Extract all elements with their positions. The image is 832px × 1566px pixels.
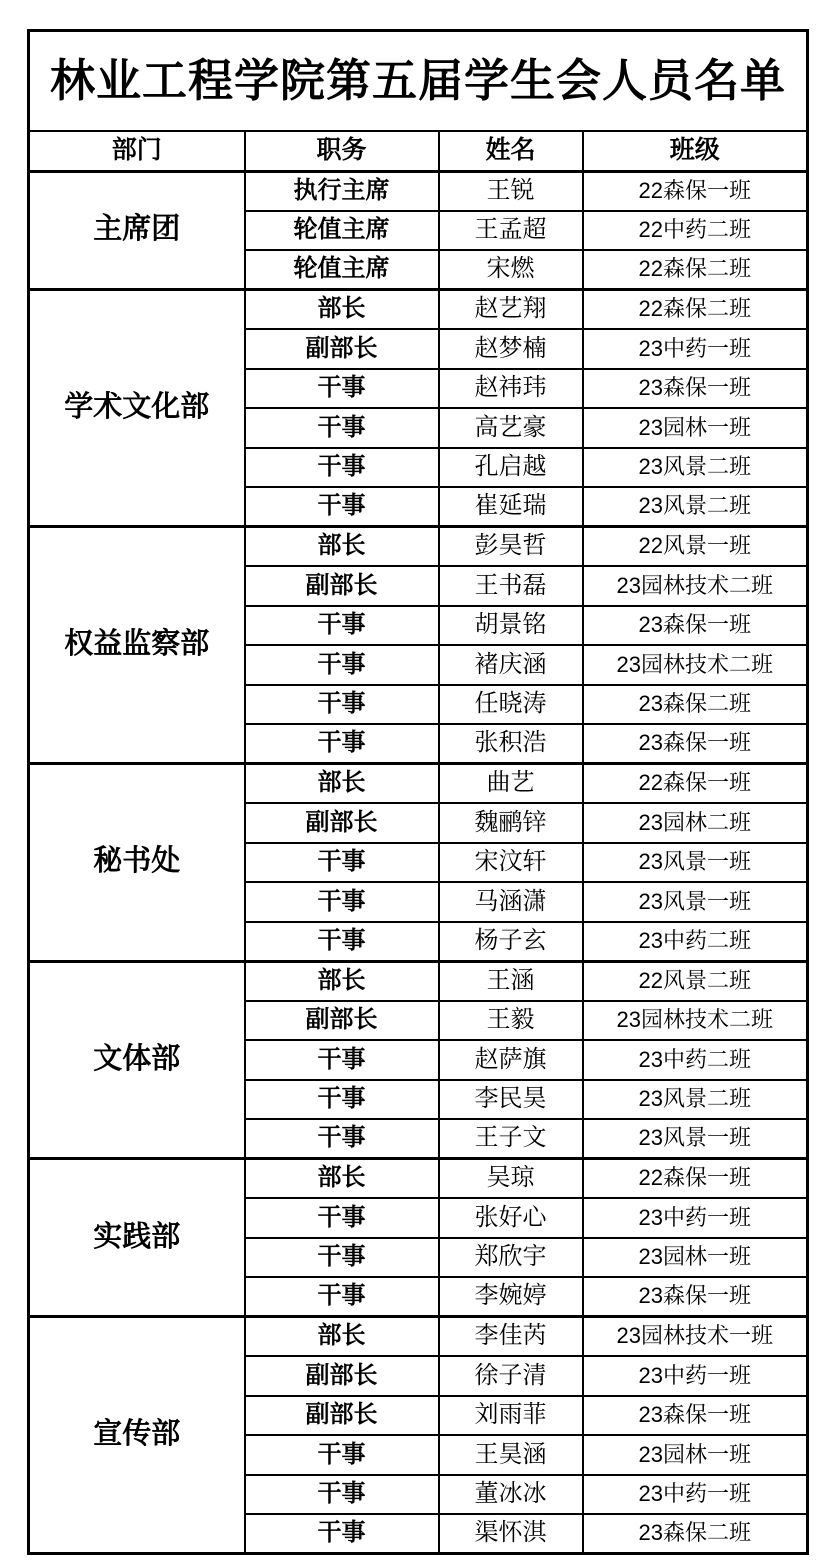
position-cell: 轮值主席	[245, 250, 439, 290]
column-header-row: 部门 职务 姓名 班级	[29, 131, 808, 171]
class-cell: 23森保一班	[583, 1277, 808, 1317]
class-cell: 23中药一班	[583, 1356, 808, 1396]
department-cell: 权益监察部	[29, 527, 245, 764]
position-cell: 部长	[245, 1317, 439, 1357]
class-cell: 22中药二班	[583, 211, 808, 251]
table-body: 主席团执行主席王锐22森保一班轮值主席王孟超22中药二班轮值主席宋燃22森保二班…	[29, 171, 808, 1554]
name-cell: 杨子玄	[439, 922, 583, 962]
name-cell: 褚庆涵	[439, 645, 583, 685]
name-cell: 郑欣宇	[439, 1238, 583, 1278]
class-cell: 23风景二班	[583, 1080, 808, 1120]
class-cell: 23中药一班	[583, 329, 808, 369]
position-cell: 干事	[245, 1435, 439, 1475]
name-cell: 孔启越	[439, 448, 583, 488]
department-cell: 主席团	[29, 171, 245, 290]
name-cell: 宋汶轩	[439, 843, 583, 883]
class-cell: 23园林一班	[583, 1435, 808, 1475]
position-cell: 干事	[245, 645, 439, 685]
position-cell: 部长	[245, 1159, 439, 1199]
position-cell: 干事	[245, 1277, 439, 1317]
class-cell: 23森保一班	[583, 369, 808, 409]
class-cell: 23中药二班	[583, 922, 808, 962]
column-header-class: 班级	[583, 131, 808, 171]
class-cell: 23风景二班	[583, 448, 808, 488]
position-cell: 干事	[245, 1514, 439, 1554]
position-cell: 部长	[245, 527, 439, 567]
name-cell: 赵梦楠	[439, 329, 583, 369]
name-cell: 张好心	[439, 1198, 583, 1238]
name-cell: 魏鹂锌	[439, 803, 583, 843]
member-row: 实践部部长吴琼22森保一班	[29, 1159, 808, 1199]
class-cell: 23园林技术二班	[583, 1001, 808, 1041]
name-cell: 王涵	[439, 961, 583, 1001]
name-cell: 吴琼	[439, 1159, 583, 1199]
position-cell: 干事	[245, 369, 439, 409]
class-cell: 22森保一班	[583, 1159, 808, 1199]
position-cell: 执行主席	[245, 171, 439, 211]
department-cell: 实践部	[29, 1159, 245, 1317]
name-cell: 马涵潇	[439, 882, 583, 922]
student-union-roster-table: 林业工程学院第五届学生会人员名单 部门 职务 姓名 班级 主席团执行主席王锐22…	[27, 29, 809, 1555]
class-cell: 23森保一班	[583, 1396, 808, 1436]
name-cell: 刘雨菲	[439, 1396, 583, 1436]
class-cell: 23森保一班	[583, 724, 808, 764]
class-cell: 23森保二班	[583, 685, 808, 725]
class-cell: 22风景一班	[583, 527, 808, 567]
name-cell: 高艺豪	[439, 408, 583, 448]
member-row: 主席团执行主席王锐22森保一班	[29, 171, 808, 211]
position-cell: 干事	[245, 1198, 439, 1238]
name-cell: 王孟超	[439, 211, 583, 251]
position-cell: 干事	[245, 685, 439, 725]
class-cell: 23风景一班	[583, 882, 808, 922]
column-header-department: 部门	[29, 131, 245, 171]
position-cell: 干事	[245, 1238, 439, 1278]
class-cell: 23森保一班	[583, 606, 808, 646]
position-cell: 干事	[245, 448, 439, 488]
position-cell: 副部长	[245, 1396, 439, 1436]
class-cell: 23园林二班	[583, 803, 808, 843]
member-row: 权益监察部部长彭昊哲22风景一班	[29, 527, 808, 567]
class-cell: 23中药一班	[583, 1475, 808, 1515]
class-cell: 23风景一班	[583, 843, 808, 883]
position-cell: 干事	[245, 1475, 439, 1515]
name-cell: 赵祎玮	[439, 369, 583, 409]
name-cell: 曲艺	[439, 764, 583, 804]
position-cell: 部长	[245, 961, 439, 1001]
position-cell: 副部长	[245, 1001, 439, 1041]
position-cell: 干事	[245, 1040, 439, 1080]
position-cell: 轮值主席	[245, 211, 439, 251]
department-cell: 学术文化部	[29, 290, 245, 527]
position-cell: 副部长	[245, 566, 439, 606]
position-cell: 部长	[245, 290, 439, 330]
document-page: 林业工程学院第五届学生会人员名单 部门 职务 姓名 班级 主席团执行主席王锐22…	[0, 0, 832, 1566]
position-cell: 副部长	[245, 329, 439, 369]
position-cell: 副部长	[245, 803, 439, 843]
class-cell: 23园林一班	[583, 408, 808, 448]
column-header-position: 职务	[245, 131, 439, 171]
class-cell: 23园林技术二班	[583, 566, 808, 606]
member-row: 宣传部部长李佳芮23园林技术一班	[29, 1317, 808, 1357]
title-row: 林业工程学院第五届学生会人员名单	[29, 31, 808, 132]
name-cell: 王毅	[439, 1001, 583, 1041]
position-cell: 干事	[245, 606, 439, 646]
class-cell: 22森保二班	[583, 290, 808, 330]
class-cell: 23风景一班	[583, 1119, 808, 1159]
class-cell: 23园林技术二班	[583, 645, 808, 685]
position-cell: 干事	[245, 408, 439, 448]
class-cell: 23森保二班	[583, 1514, 808, 1554]
department-cell: 宣传部	[29, 1317, 245, 1554]
name-cell: 赵艺翔	[439, 290, 583, 330]
column-header-name: 姓名	[439, 131, 583, 171]
name-cell: 王锐	[439, 171, 583, 211]
name-cell: 赵萨旗	[439, 1040, 583, 1080]
position-cell: 部长	[245, 764, 439, 804]
position-cell: 干事	[245, 882, 439, 922]
name-cell: 彭昊哲	[439, 527, 583, 567]
name-cell: 任晓涛	[439, 685, 583, 725]
class-cell: 22森保一班	[583, 764, 808, 804]
class-cell: 23中药二班	[583, 1040, 808, 1080]
name-cell: 张积浩	[439, 724, 583, 764]
department-cell: 文体部	[29, 961, 245, 1159]
member-row: 学术文化部部长赵艺翔22森保二班	[29, 290, 808, 330]
position-cell: 干事	[245, 1080, 439, 1120]
class-cell: 22风景二班	[583, 961, 808, 1001]
class-cell: 22森保一班	[583, 171, 808, 211]
name-cell: 徐子清	[439, 1356, 583, 1396]
position-cell: 干事	[245, 1119, 439, 1159]
class-cell: 23中药一班	[583, 1198, 808, 1238]
class-cell: 23园林一班	[583, 1238, 808, 1278]
name-cell: 李婉婷	[439, 1277, 583, 1317]
position-cell: 副部长	[245, 1356, 439, 1396]
name-cell: 崔延瑞	[439, 487, 583, 527]
position-cell: 干事	[245, 843, 439, 883]
position-cell: 干事	[245, 724, 439, 764]
class-cell: 23园林技术一班	[583, 1317, 808, 1357]
name-cell: 胡景铭	[439, 606, 583, 646]
member-row: 秘书处部长曲艺22森保一班	[29, 764, 808, 804]
name-cell: 王昊涵	[439, 1435, 583, 1475]
name-cell: 李民昊	[439, 1080, 583, 1120]
name-cell: 王子文	[439, 1119, 583, 1159]
name-cell: 宋燃	[439, 250, 583, 290]
position-cell: 干事	[245, 922, 439, 962]
member-row: 文体部部长王涵22风景二班	[29, 961, 808, 1001]
name-cell: 王书磊	[439, 566, 583, 606]
name-cell: 李佳芮	[439, 1317, 583, 1357]
name-cell: 董冰冰	[439, 1475, 583, 1515]
name-cell: 渠怀淇	[439, 1514, 583, 1554]
position-cell: 干事	[245, 487, 439, 527]
page-title: 林业工程学院第五届学生会人员名单	[29, 31, 808, 132]
class-cell: 23风景二班	[583, 487, 808, 527]
class-cell: 22森保二班	[583, 250, 808, 290]
department-cell: 秘书处	[29, 764, 245, 962]
